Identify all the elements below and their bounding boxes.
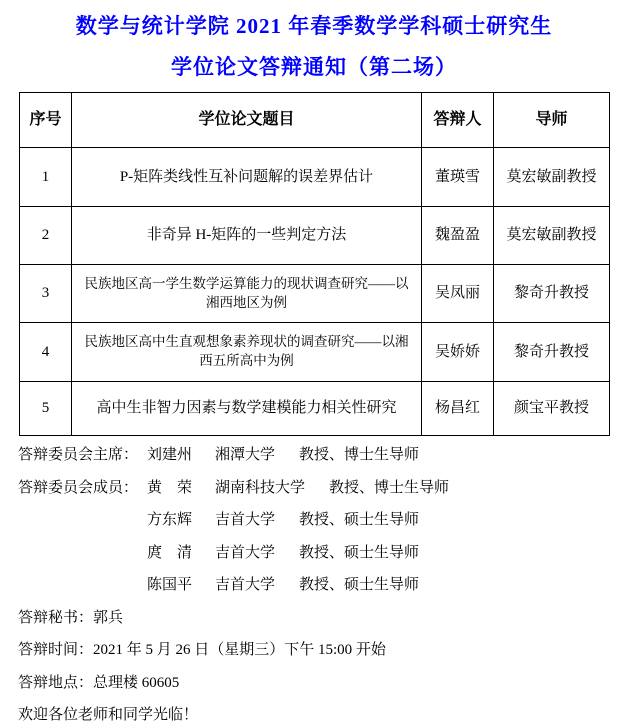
member-title: 教授、硕士生导师 — [299, 512, 419, 528]
thesis-title: 民族地区高中生直观想象素养现状的调查研究——以湘西五所高中为例 — [72, 323, 422, 382]
welcome-text: 欢迎各位老师和同学光临！ — [18, 707, 198, 723]
location-value: 总理楼 60605 — [93, 675, 179, 691]
member-affiliation: 吉首大学 — [215, 543, 275, 564]
table-row: 4 民族地区高中生直观想象素养现状的调查研究——以湘西五所高中为例 吴娇娇 黎奇… — [20, 323, 610, 382]
secretary-line: 答辩秘书：郭兵 — [18, 608, 628, 629]
committee-member-line: 陈国平吉首大学教授、硕士生导师 — [18, 575, 628, 596]
serial-number: 4 — [20, 323, 72, 382]
table-row: 5 高中生非智力因素与数学建模能力相关性研究 杨昌红 颜宝平教授 — [20, 382, 610, 436]
location-label: 答辩地点： — [18, 673, 93, 694]
advisor-name: 黎奇升教授 — [494, 265, 610, 323]
member-affiliation: 吉首大学 — [215, 575, 275, 596]
committee-member-line: 方东辉吉首大学教授、硕士生导师 — [18, 510, 628, 531]
member-affiliation: 吉首大学 — [215, 510, 275, 531]
defender-name: 吴凤丽 — [422, 265, 494, 323]
thesis-title: 非奇异 H-矩阵的一些判定方法 — [72, 207, 422, 265]
member-name: 陈国平 — [147, 575, 215, 596]
defense-notice-document: 数学与统计学院 2021 年春季数学学科硕士研究生 学位论文答辩通知（第二场） … — [0, 0, 628, 728]
member-name: 黄 荣 — [147, 478, 215, 499]
defense-schedule-table: 序号 学位论文题目 答辩人 导师 1 P-矩阵类线性互补问题解的误差界估计 董瑛… — [19, 92, 610, 436]
secretary-label: 答辩秘书： — [18, 608, 93, 629]
member-title: 教授、硕士生导师 — [299, 545, 419, 561]
table-row: 1 P-矩阵类线性互补问题解的误差界估计 董瑛雪 莫宏敏副教授 — [20, 148, 610, 207]
advisor-name: 颜宝平教授 — [494, 382, 610, 436]
defense-time-line: 答辩时间：2021 年 5 月 26 日（星期三）下午 15:00 开始 — [18, 640, 628, 661]
member-affiliation: 湖南科技大学 — [215, 478, 305, 499]
header-advisor: 导师 — [494, 93, 610, 148]
committee-members-label: 答辩委员会成员： — [18, 478, 147, 499]
member-title: 教授、博士生导师 — [329, 480, 449, 496]
table-row: 2 非奇异 H-矩阵的一些判定方法 魏盈盈 莫宏敏副教授 — [20, 207, 610, 265]
table-header-row: 序号 学位论文题目 答辩人 导师 — [20, 93, 610, 148]
committee-chair-label: 答辩委员会主席： — [18, 445, 147, 466]
defense-location-line: 答辩地点：总理楼 60605 — [18, 673, 628, 694]
serial-number: 3 — [20, 265, 72, 323]
defender-name: 杨昌红 — [422, 382, 494, 436]
header-defender: 答辩人 — [422, 93, 494, 148]
time-label: 答辩时间： — [18, 640, 93, 661]
thesis-title: 民族地区高一学生数学运算能力的现状调查研究——以湘西地区为例 — [72, 265, 422, 323]
chair-affiliation: 湘潭大学 — [215, 445, 275, 466]
header-serial-number: 序号 — [20, 93, 72, 148]
welcome-line: 欢迎各位老师和同学光临！ — [18, 705, 628, 726]
advisor-name: 莫宏敏副教授 — [494, 148, 610, 207]
committee-member-line: 答辩委员会成员：黄 荣湖南科技大学教授、博士生导师 — [18, 478, 628, 499]
title-line-1: 数学与统计学院 2021 年春季数学学科硕士研究生 — [0, 13, 628, 39]
chair-title: 教授、博士生导师 — [299, 447, 419, 463]
secretary-name: 郭兵 — [93, 610, 123, 626]
member-title: 教授、硕士生导师 — [299, 577, 419, 593]
header-thesis-title: 学位论文题目 — [72, 93, 422, 148]
member-name: 庹 清 — [147, 543, 215, 564]
serial-number: 5 — [20, 382, 72, 436]
advisor-name: 黎奇升教授 — [494, 323, 610, 382]
advisor-name: 莫宏敏副教授 — [494, 207, 610, 265]
defender-name: 吴娇娇 — [422, 323, 494, 382]
document-title: 数学与统计学院 2021 年春季数学学科硕士研究生 学位论文答辩通知（第二场） — [0, 13, 628, 80]
thesis-title: 高中生非智力因素与数学建模能力相关性研究 — [72, 382, 422, 436]
thesis-title: P-矩阵类线性互补问题解的误差界估计 — [72, 148, 422, 207]
committee-chair-line: 答辩委员会主席：刘建州湘潭大学教授、博士生导师 — [18, 445, 628, 466]
defender-name: 董瑛雪 — [422, 148, 494, 207]
notice-details: 答辩委员会主席：刘建州湘潭大学教授、博士生导师 答辩委员会成员：黄 荣湖南科技大… — [18, 445, 628, 726]
defender-name: 魏盈盈 — [422, 207, 494, 265]
serial-number: 2 — [20, 207, 72, 265]
member-name: 方东辉 — [147, 510, 215, 531]
table-row: 3 民族地区高一学生数学运算能力的现状调查研究——以湘西地区为例 吴凤丽 黎奇升… — [20, 265, 610, 323]
chair-name: 刘建州 — [147, 445, 215, 466]
time-value: 2021 年 5 月 26 日（星期三）下午 15:00 开始 — [93, 642, 386, 658]
committee-member-line: 庹 清吉首大学教授、硕士生导师 — [18, 543, 628, 564]
serial-number: 1 — [20, 148, 72, 207]
title-line-2: 学位论文答辩通知（第二场） — [0, 54, 628, 80]
